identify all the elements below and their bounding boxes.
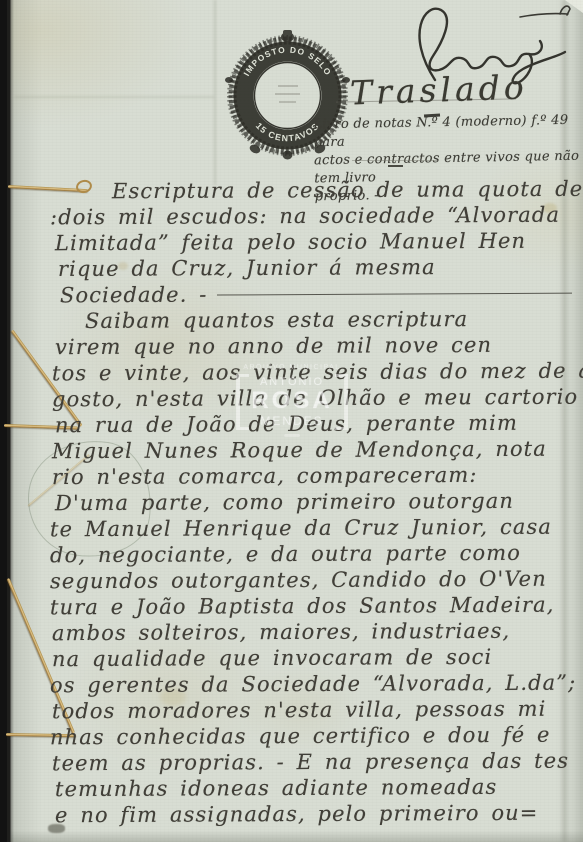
paper-crease	[214, 0, 216, 185]
manuscript-line: temunhas idoneas adiante nomeadas	[55, 775, 498, 801]
manuscript-line-text: Sociedade. -	[60, 283, 208, 308]
manuscript-line-text: Miguel Nunes Roque de Mendonça, nota	[52, 437, 547, 464]
manuscript-line-text: tura e João Baptista dos Santos Madeira,	[50, 593, 555, 620]
manuscript-line-text: :dois mil escudos: na sociedade “Alvorad…	[50, 203, 560, 230]
page-title: Traslado	[349, 67, 550, 113]
folio-number-mark	[516, 1, 578, 23]
manuscript-line: tura e João Baptista dos Santos Madeira,	[50, 593, 555, 620]
manuscript-line: te Manuel Henrique da Cruz Junior, casa	[50, 515, 552, 542]
manuscript-line-text: te Manuel Henrique da Cruz Junior, casa	[50, 515, 552, 542]
manuscript-line: tos e vinte, aos vinte seis dias do mez …	[52, 359, 583, 386]
manuscript-line: Saibam quantos esta escriptura	[85, 307, 468, 333]
document-page: IMPOSTO DO SELO 15 CENTAVOS Traslado Liv…	[0, 0, 583, 842]
manuscript-line-text: todos moradores n'esta villa, pessoas mi	[52, 697, 547, 724]
binding-edge	[0, 0, 14, 842]
manuscript-line-text: rique da Cruz, Junior á mesma	[58, 255, 436, 281]
manuscript-line: e no fim assignadas, pelo primeiro ou=	[55, 801, 539, 828]
manuscript-line: gosto, n'esta villa de Olhão e meu carto…	[52, 385, 578, 412]
manuscript-line: todos moradores n'esta villa, pessoas mi	[52, 697, 547, 724]
manuscript-line-text: virem que no anno de mil nove cen	[55, 333, 492, 359]
manuscript-line-text: Escriptura de cessão de uma quota de	[112, 177, 583, 203]
manuscript-line-text: temunhas idoneas adiante nomeadas	[55, 775, 498, 801]
manuscript-line: D'uma parte, como primeiro outorgan	[55, 489, 514, 515]
manuscript-line-text: nhas conhecidas que certifico e dou fé e	[50, 723, 551, 750]
manuscript-line: virem que no anno de mil nove cen	[55, 333, 492, 359]
manuscript-line: segundos outorgantes, Candido do O'Ven	[50, 567, 547, 594]
manuscript-line-text: D'uma parte, como primeiro outorgan	[55, 489, 514, 515]
paragraph-close-rule	[217, 293, 572, 296]
manuscript-line: Sociedade. -	[60, 281, 572, 308]
manuscript-line: nhas conhecidas que certifico e dou fé e	[50, 723, 551, 750]
manuscript-line-text: tos e vinte, aos vinte seis dias do mez …	[52, 359, 583, 386]
manuscript-line-text: na rua de João de Deus, perante mim	[55, 411, 518, 437]
manuscript-line: :dois mil escudos: na sociedade “Alvorad…	[50, 203, 560, 230]
binding-thread-knot	[75, 178, 94, 195]
manuscript-line: Miguel Nunes Roque de Mendonça, nota	[52, 437, 547, 464]
manuscript-line-text: gosto, n'esta villa de Olhão e meu carto…	[52, 385, 578, 412]
manuscript-line: os gerentes da Sociedade “Alvorada, L.da…	[50, 671, 576, 698]
manuscript-line-text: e no fim assignadas, pelo primeiro ou=	[55, 801, 539, 828]
manuscript-line: Limitada” feita pelo socio Manuel Hen	[55, 229, 526, 255]
paper-crease	[14, 96, 214, 98]
manuscript-line: na qualidade que invocaram de soci	[52, 645, 492, 671]
manuscript-line-text: Saibam quantos esta escriptura	[85, 307, 468, 333]
ruled-line	[352, 160, 437, 161]
manuscript-line-text: ambos solteiros, maiores, industriaes,	[52, 619, 510, 645]
margin-note-line: Livro de notas N.º 4 (moderno) f.º 49 pa…	[313, 112, 580, 153]
manuscript-line: rique da Cruz, Junior á mesma	[58, 255, 436, 281]
manuscript-line: do, negociante, e da outra parte como	[50, 541, 521, 567]
manuscript-line: teem as proprias. - E na presença das te…	[52, 749, 569, 776]
dash-mark	[388, 165, 403, 167]
manuscript-line-text: na qualidade que invocaram de soci	[52, 645, 492, 671]
manuscript-line-text: do, negociante, e da outra parte como	[50, 541, 521, 567]
manuscript-line: ambos solteiros, maiores, industriaes,	[52, 619, 510, 645]
manuscript-line: Escriptura de cessão de uma quota de	[112, 177, 583, 203]
manuscript-line: rio n'esta comarca, compareceram:	[52, 463, 478, 489]
manuscript-line-text: os gerentes da Sociedade “Alvorada, L.da…	[50, 671, 576, 698]
manuscript-line-text: rio n'esta comarca, compareceram:	[52, 463, 478, 489]
manuscript-line-text: Limitada” feita pelo socio Manuel Hen	[55, 229, 526, 255]
manuscript-line-text: teem as proprias. - E na presença das te…	[52, 749, 569, 776]
manuscript-line-text: segundos outorgantes, Candido do O'Ven	[50, 567, 547, 594]
manuscript-line: na rua de João de Deus, perante mim	[55, 411, 518, 437]
